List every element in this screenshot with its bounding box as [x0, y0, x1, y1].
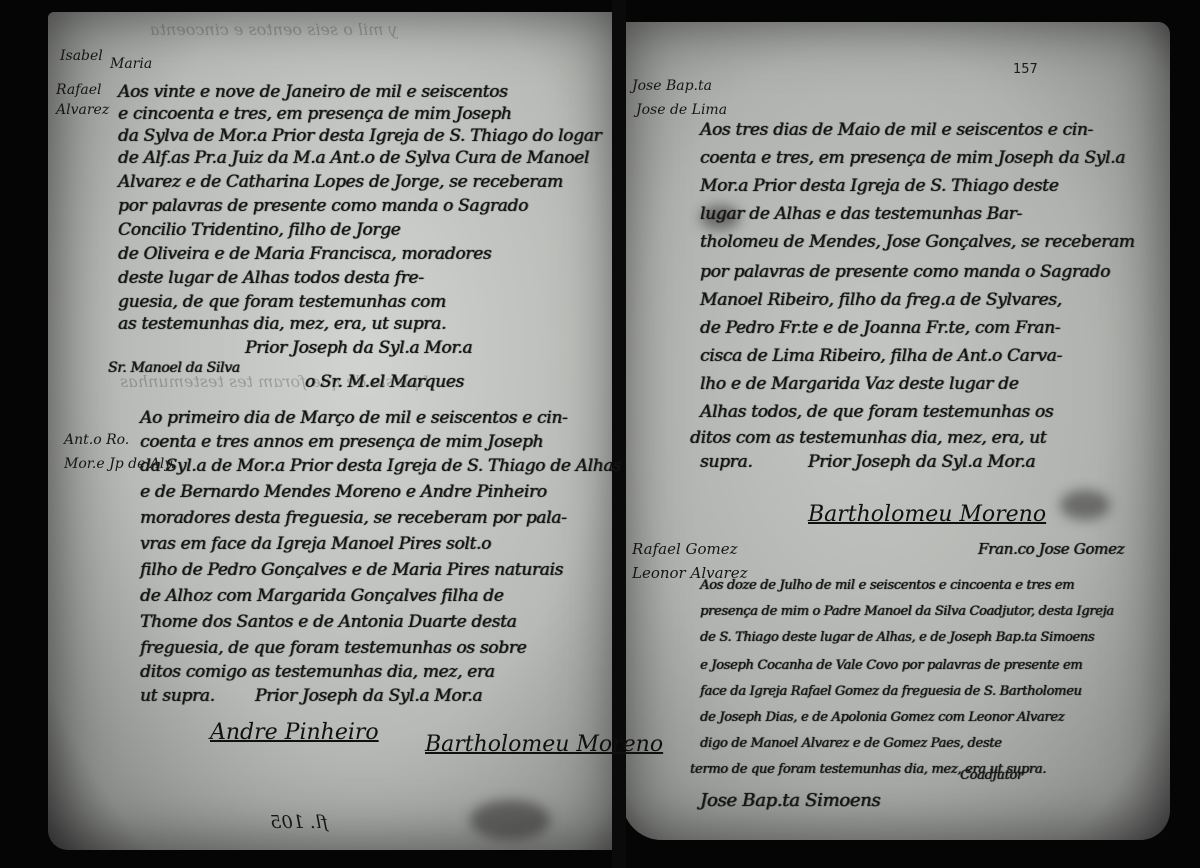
text-line: Aos vinte e nove de Janeiro de mil e sei…: [118, 82, 508, 102]
signature: Andre Pinheiro: [210, 720, 379, 745]
signature-line: Prior Joseph da Syl.a Mor.a: [245, 338, 472, 358]
text-line: de Pedro Fr.te e de Joanna Fr.te, com Fr…: [700, 318, 1060, 338]
text-line: supra.: [700, 452, 752, 472]
text-line: tholomeu de Mendes, Jose Gonçalves, se r…: [700, 232, 1135, 252]
signature: Bartholomeu Moreno: [425, 732, 663, 757]
text-line: por palavras de presente como manda o Sa…: [700, 262, 1110, 282]
ink-stain: [1060, 490, 1110, 520]
text-line: Thome dos Santos e de Antonia Duarte des…: [140, 612, 516, 632]
text-line: lho e de Margarida Vaz deste lugar de: [700, 374, 1018, 394]
text-line: vras em face da Igreja Manoel Pires solt…: [140, 534, 491, 554]
signature: Jose Bap.ta Simoens: [700, 790, 880, 811]
text-line: cisca de Lima Ribeiro, filha de Ant.o Ca…: [700, 346, 1062, 366]
text-line: Aos tres dias de Maio de mil e seiscento…: [700, 120, 1093, 140]
text-line: Concilio Tridentino, filho de Jorge: [118, 220, 400, 240]
margin-note: Jose Bap.ta: [632, 78, 712, 94]
text-line: lugar de Alhas e das testemunhas Bar-: [700, 204, 1022, 224]
text-line: de Alhoz com Margarida Gonçalves filha d…: [140, 586, 504, 606]
text-line: Mor.a Prior desta Igreja de S. Thiago de…: [700, 176, 1058, 196]
text-line: Manoel Ribeiro, filho da freg.a de Sylva…: [700, 290, 1062, 310]
margin-note: Maria: [110, 56, 152, 72]
text-line: e de Bernardo Mendes Moreno e Andre Pinh…: [140, 482, 547, 502]
text-line: guesia, de que foram testemunhas com: [118, 292, 446, 312]
text-line: Ao primeiro dia de Março de mil e seisce…: [140, 408, 567, 428]
signature-line: Prior Joseph da Syl.a Mor.a: [808, 452, 1035, 472]
margin-note: Alvarez: [56, 102, 109, 118]
margin-note: Rafael Gomez: [632, 540, 738, 558]
folio-number: 157: [1013, 62, 1038, 77]
signature: Coadjutor: [960, 768, 1023, 783]
text-line: coenta e tres, em presença de mim Joseph…: [700, 148, 1125, 168]
signature: Fran.co Jose Gomez: [978, 540, 1124, 558]
text-line: por palavras de presente como manda o Sa…: [118, 196, 528, 216]
margin-note: Rafael: [56, 82, 102, 98]
text-line: e Joseph Cocanha de Vale Covo por palavr…: [700, 658, 1082, 673]
text-line: de Alf.as Pr.a Juiz da M.a Ant.o de Sylv…: [118, 148, 589, 168]
text-line: de Joseph Dias, e de Apolonia Gomez com …: [700, 710, 1064, 725]
text-line: ut supra.: [140, 686, 215, 706]
text-line: as testemunhas dia, mez, era, ut supra.: [118, 314, 446, 334]
margin-note: Ant.o Ro.: [64, 432, 129, 448]
text-line: coenta e tres annos em presença de mim J…: [140, 432, 543, 452]
text-line: da Syl.a de Mor.a Prior desta Igreja de …: [140, 456, 622, 476]
text-line: freguesia, de que foram testemunhas os s…: [140, 638, 526, 658]
text-line: face da Igreja Rafael Gomez da freguesia…: [700, 684, 1082, 699]
margin-note: Jose de Lima: [636, 102, 727, 118]
bleed-through-text: y mil o seis oentos e cincoenta: [150, 20, 397, 39]
text-line: de Oliveira e de Maria Francisca, morado…: [118, 244, 491, 264]
text-line: e cincoenta e tres, em presença de mim J…: [118, 104, 512, 124]
text-line: Alvarez e de Catharina Lopes de Jorge, s…: [118, 172, 563, 192]
witness-line: Sr. Manoel da Silva: [108, 360, 240, 376]
text-line: da Sylva de Mor.a Prior desta Igreja de …: [118, 126, 601, 146]
text-line: de S. Thiago deste lugar de Alhas, e de …: [700, 630, 1094, 645]
text-line: Alhas todos, de que foram testemunhas os: [700, 402, 1053, 422]
text-line: ditos com as testemunhas dia, mez, era, …: [690, 428, 1046, 448]
text-line: moradores desta freguesia, se receberam …: [140, 508, 567, 528]
witness-line: o Sr. M.el Marques: [305, 372, 464, 392]
text-line: filho de Pedro Gonçalves e de Maria Pire…: [140, 560, 563, 580]
text-line: presença de mim o Padre Manoel da Silva …: [700, 604, 1114, 619]
signature: Bartholomeu Moreno: [808, 502, 1046, 527]
text-line: digo de Manoel Alvarez e de Gomez Paes, …: [700, 736, 1002, 751]
text-line: ditos comigo as testemunhas dia, mez, er…: [140, 662, 495, 682]
margin-note: Isabel: [60, 48, 103, 64]
ink-stain: [470, 800, 550, 840]
bottom-note: fl. 105: [270, 812, 328, 833]
text-line: deste lugar de Alhas todos desta fre-: [118, 268, 424, 288]
signature-line: Prior Joseph da Syl.a Mor.a: [255, 686, 482, 706]
text-line: Aos doze de Julho de mil e seiscentos e …: [700, 578, 1074, 593]
